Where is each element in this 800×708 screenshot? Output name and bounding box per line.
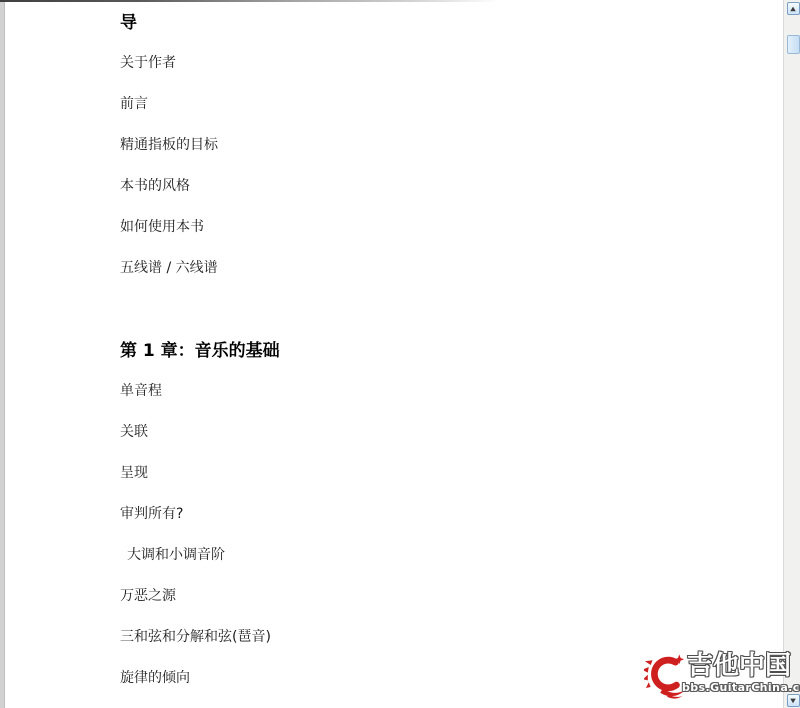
toc-item: 单音程: [120, 369, 740, 410]
scroll-up-icon: ▲: [791, 6, 797, 12]
toc-item: 五线谱 / 六线谱: [120, 246, 740, 287]
scrollbar-track[interactable]: ▲ ▼: [783, 0, 800, 708]
watermark-brand-text: 吉他中国: [687, 652, 800, 682]
toc-item: 呈现: [120, 451, 740, 492]
toc-item: 精通指板的目标: [120, 123, 740, 164]
toc-item: 审判所有?: [120, 492, 740, 533]
watermark-url-text: bbs.GuitarChina.com: [682, 682, 800, 693]
toc-item: 本书的风格: [120, 164, 740, 205]
toc-item: 关联: [120, 410, 740, 451]
toc-item: 关于作者: [120, 41, 740, 82]
toc-heading: 第 1 章：音乐的基础: [120, 328, 740, 369]
toc-item: 万恶之源: [120, 574, 740, 615]
toc-item: 如何使用本书: [120, 205, 740, 246]
window-border-left: [0, 0, 5, 708]
toc-item: 前言: [120, 82, 740, 123]
document-content: 导关于作者前言精通指板的目标本书的风格如何使用本书五线谱 / 六线谱第 1 章：…: [120, 0, 740, 697]
scrollbar-thumb[interactable]: [787, 35, 800, 54]
watermark-text-block: 吉他中国 bbs.GuitarChina.com: [687, 652, 800, 693]
toc-heading: 导: [120, 0, 740, 41]
scroll-up-button[interactable]: ▲: [787, 2, 800, 15]
toc-spacer: [120, 287, 740, 328]
guitarchina-watermark: 吉他中国 bbs.GuitarChina.com: [644, 652, 800, 700]
toc-item: 大调和小调音阶: [120, 533, 740, 574]
toc-item: 三和弦和分解和弦(琶音): [120, 615, 740, 656]
dragon-logo-icon: [644, 653, 686, 700]
